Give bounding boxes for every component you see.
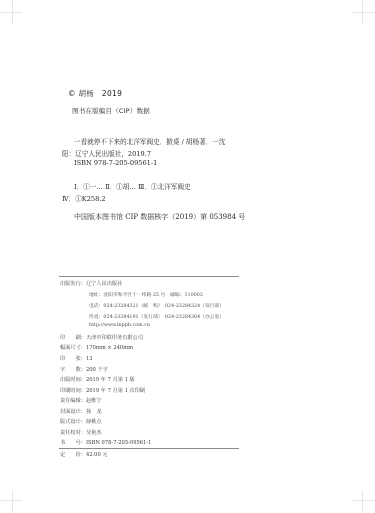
cip-line-isbn: ISBN 978-7-205-09561-1	[74, 159, 157, 167]
imprint-top-rule	[59, 276, 239, 277]
imprint-address: 地址：沈阳市和平区十一纬路 25 号 邮编：110003	[89, 291, 203, 298]
imprint-website: http://www.lnpph.com.cn	[89, 323, 150, 328]
crop-mark-tr-v	[362, 0, 363, 24]
crop-mark-br-v	[362, 490, 363, 513]
crop-mark-br-h	[353, 500, 375, 501]
crop-mark-bl-v	[12, 490, 13, 513]
cip-line-classification: Ⅰ．①一… Ⅱ．①胡… Ⅲ．①北洋军阀史	[74, 181, 191, 191]
imprint-price: 定 价：42.00 元	[60, 451, 108, 458]
imprint-printer: 印 刷：天津中印联印务有限公司	[60, 334, 143, 341]
cip-heading: 图书在版编目（CIP）数据	[72, 106, 150, 115]
cip-line-title: 一看就停不下来的北洋军阀史．掀桌 / 胡杨著．一沈	[74, 136, 225, 146]
cip-line-publisher: 阳：辽宁人民出版社，2019.7	[62, 148, 151, 158]
imprint-fax: 传真：024-23284191（发行部） 024-23284304（办公室）	[89, 313, 224, 320]
imprint-cover-design: 封面设计：扬 龙	[60, 408, 102, 415]
imprint-isbn: 书 号：ISBN 978-7-205-09561-1	[60, 439, 151, 446]
imprint-bottom-rule	[59, 448, 239, 449]
imprint-print-date: 印刷时间：2019 年 7 月第 1 次印刷	[60, 387, 145, 394]
cip-line-clc: Ⅳ．①K258.2	[62, 193, 106, 203]
imprint-proofreader: 责任校对：吴艳杰	[60, 429, 102, 436]
copyright-line: © 胡杨 2019	[68, 88, 122, 99]
imprint-sheets: 印 张：13	[60, 355, 93, 362]
imprint-pub-date: 出版时间：2019 年 7 月第 1 版	[60, 376, 135, 383]
imprint-format: 幅面尺寸：170mm × 240mm	[60, 344, 133, 351]
imprint-layout-design: 版式设计：薛桃点	[60, 418, 102, 425]
crop-mark-tl-h	[0, 12, 22, 13]
crop-mark-tl-v	[12, 0, 13, 24]
crop-mark-bl-h	[0, 500, 22, 501]
imprint-words: 字 数：200 千字	[60, 366, 108, 373]
imprint-phone: 电话：024-23284321（邮 购） 024-23284324（发行部）	[89, 302, 224, 309]
imprint-editor: 责任编辑：赵维宁	[60, 397, 102, 404]
imprint-publisher: 出版发行：辽宁人民出版社	[60, 280, 122, 287]
crop-mark-tr-h	[353, 12, 375, 13]
cip-verify-number: 中国版本图书馆 CIP 数据核字（2019）第 053984 号	[74, 212, 245, 222]
